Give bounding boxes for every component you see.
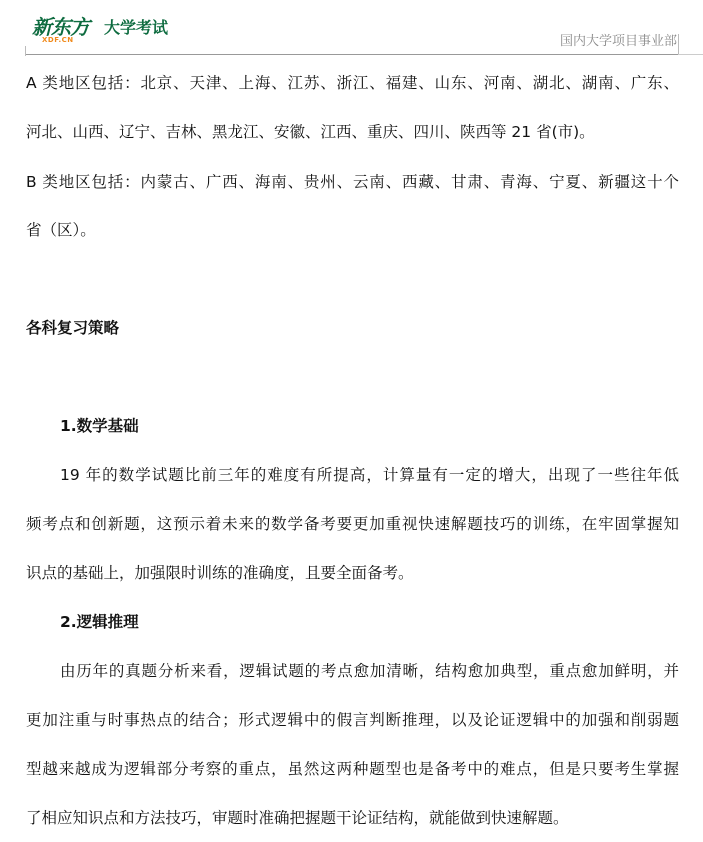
math-paragraph-line-2: 频考点和创新题，这预示着未来的数学备考要更加重视快速解题技巧的训练，在牢固掌握知 bbox=[26, 514, 679, 534]
subsection-heading-math: 1.数学基础 bbox=[60, 416, 139, 436]
logic-paragraph-line-1: 由历年的真题分析来看，逻辑试题的考点愈加清晰，结构愈加典型，重点愈加鲜明，并 bbox=[60, 661, 679, 681]
margin-corner-mark bbox=[678, 54, 703, 55]
logo-mark: 新东方 XDF.CN bbox=[32, 16, 92, 46]
region-a-line-2: 河北、山西、辽宁、吉林、黑龙江、安徽、江西、重庆、四川、陕西等 21 省(市)。 bbox=[26, 122, 595, 142]
math-paragraph-line-1: 19 年的数学试题比前三年的难度有所提高，计算量有一定的增大，出现了一些往年低 bbox=[60, 465, 679, 485]
region-b-line-1: B 类地区包括：内蒙古、广西、海南、贵州、云南、西藏、甘肃、青海、宁夏、新疆这十… bbox=[26, 172, 679, 192]
department-label: 国内大学项目事业部 bbox=[560, 34, 677, 50]
logic-paragraph-line-3: 型越来越成为逻辑部分考察的重点，虽然这两种题型也是备考中的难点，但是只要考生掌握 bbox=[26, 759, 679, 779]
margin-corner-mark bbox=[678, 34, 679, 54]
header-divider bbox=[26, 54, 679, 55]
region-b-line-2: 省（区）。 bbox=[26, 220, 96, 240]
region-a-line-1: A 类地区包括：北京、天津、上海、江苏、浙江、福建、山东、河南、湖北、湖南、广东… bbox=[26, 73, 679, 93]
logo-title: 大学考试 bbox=[104, 16, 168, 40]
xdf-logo: 新东方 XDF.CN 大学考试 bbox=[32, 16, 168, 46]
subsection-heading-logic: 2.逻辑推理 bbox=[60, 612, 139, 632]
math-paragraph-line-3: 识点的基础上，加强限时训练的准确度，且要全面备考。 bbox=[26, 563, 414, 583]
logo-domain: XDF.CN bbox=[42, 36, 74, 44]
logic-paragraph-line-2: 更加注重与时事热点的结合；形式逻辑中的假言判断推理，以及论证逻辑中的加强和削弱题 bbox=[26, 710, 679, 730]
logic-paragraph-line-4: 了相应知识点和方法技巧，审题时准确把握题干论证结构，就能做到快速解题。 bbox=[26, 808, 569, 828]
page-header: 新东方 XDF.CN 大学考试 国内大学项目事业部 bbox=[0, 0, 703, 60]
logo-mark-text: 新东方 bbox=[32, 16, 92, 38]
section-title: 各科复习策略 bbox=[26, 318, 119, 338]
